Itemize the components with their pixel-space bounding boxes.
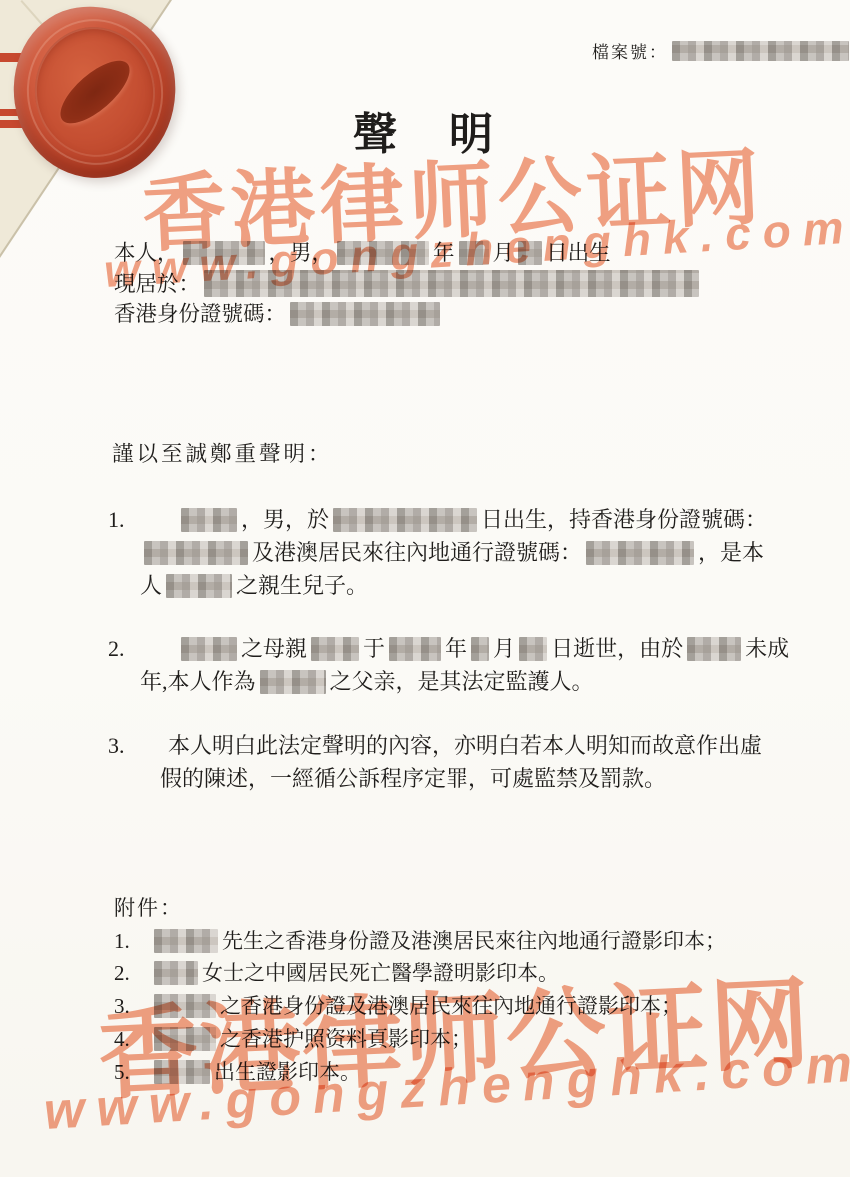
attachment-item-5: 5.出生證影印本。 [114,1056,361,1086]
redacted-file-number [672,41,849,61]
attachment-number: 5. [114,1060,150,1085]
redacted-son-name [687,637,741,661]
residence-line: 現居於： [114,269,703,300]
redacted-mother-name [311,637,359,661]
redacted-name [183,241,265,265]
scanned-declaration-page: 檔案號： 聲 明 本人，，男，年月日出生 現居於： 香港身份證號碼： 謹以至誠鄭… [0,0,850,1177]
redacted-year [337,241,429,265]
clause-number: 3. [108,729,125,762]
clause-number: 1. [108,503,125,536]
redacted-address [204,270,699,297]
attachment-number: 2. [114,961,150,986]
attachment-item-1: 1.先生之香港身份證及港澳居民來往內地通行證影印本； [114,925,726,955]
redacted-son-name [166,574,232,598]
clause-3: 3. 本人明白此法定聲明的內容，亦明白若本人明知而故意作出虛 假的陳述，一經循公… [108,729,762,795]
redacted-day [519,637,547,661]
declaration-heading: 謹以至誠鄭重聲明： [112,437,333,468]
clause-line: 之母親于年月日逝世，由於未成 [108,632,789,665]
attachment-item-3: 3.之香港身份證及港澳居民來往內地通行證影印本； [114,990,682,1020]
redacted-name [154,1027,216,1051]
redacted-day [518,241,542,265]
clause-number: 2. [108,632,125,665]
clause-line: 假的陳述，一經循公訴程序定罪，可處監禁及罰款。 [108,762,762,795]
redacted-son-name [181,508,237,532]
attachment-number: 1. [114,929,150,954]
redacted-birthdate [333,508,477,532]
attachment-item-2: 2.女士之中國居民死亡醫學證明影印本。 [114,957,559,987]
attachment-item-4: 4.之香港护照资料頁影印本； [114,1023,472,1053]
clause-line: 人之親生兒子。 [108,569,767,602]
redacted-month [471,637,489,661]
attachment-number: 3. [114,994,150,1019]
redacted-name [154,961,198,985]
redacted-name [154,1060,210,1084]
declarant-line: 本人，，男，年月日出生 [114,238,703,269]
attachments-heading: 附件： [114,892,183,922]
clause-2: 2. 之母親于年月日逝世，由於未成 年,本人作為之父亲，是其法定監護人。 [108,632,789,698]
redacted-son-name [181,637,237,661]
redacted-month [459,241,489,265]
clause-line: 及港澳居民來往內地通行證號碼：，是本 [108,536,767,569]
redacted-name [154,929,218,953]
redacted-hkid [290,302,440,326]
redacted-name [154,994,216,1018]
redacted-hkid [144,541,248,565]
intro-block: 本人，，男，年月日出生 現居於： 香港身份證號碼： [114,238,703,330]
clause-line: 本人明白此法定聲明的內容，亦明白若本人明知而故意作出虛 [108,729,762,762]
clause-line: 年,本人作為之父亲，是其法定監護人。 [108,665,789,698]
redacted-son-name [260,670,326,694]
redacted-year [389,637,441,661]
clause-1: 1. ，男，於日出生，持香港身份證號碼： 及港澳居民來往內地通行證號碼：，是本 … [108,503,767,602]
clause-line: ，男，於日出生，持香港身份證號碼： [108,503,767,536]
redacted-permit-number [586,541,694,565]
file-number-line: 檔案號： [592,38,850,63]
file-number-label: 檔案號： [592,43,668,62]
hkid-line: 香港身份證號碼： [114,299,703,330]
attachment-number: 4. [114,1027,150,1052]
